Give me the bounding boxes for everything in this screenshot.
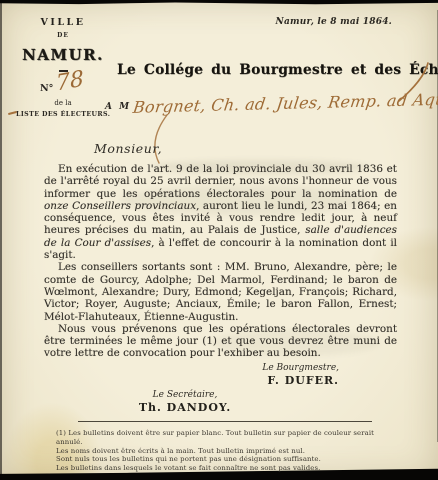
de-la-label: de la [16,99,110,107]
footnote-line: Les bulletins dans lesquels le votant se… [56,464,396,473]
masthead: VILLE DE NAMUR. N° 78 de la LISTE DES ÉL… [16,17,110,118]
footnote-line: Les noms doivent être écrits à la main. … [56,447,396,456]
addressee-prefix: A M [105,102,131,112]
city-label-de: DE [16,32,110,39]
secretaire-title: Le Secrétaire, [130,390,240,400]
dateline: Namur, le 8 mai 1864. [276,17,392,27]
letterhead-title: Le Collége du Bourgmestre et des Échevin… [117,62,409,78]
secretaire-signature-block: Le Secrétaire, Th. DANDOY. [130,390,240,414]
bourgmestre-title: Le Bourgmestre, [44,363,339,373]
footnote-separator-rule [78,421,372,422]
elector-number-row: N° 78 [16,75,110,97]
scan-edge-top [0,0,438,6]
paragraph: Les conseillers sortants sont : MM. Brun… [44,261,397,322]
footnotes: (1) Les bulletins doivent être sur papie… [56,429,396,473]
paragraph: En exécution de l'art. 9 de la loi provi… [44,163,397,261]
electors-list-text: LISTE DES ÉLECTEURS. [16,111,110,118]
number-label: N° [40,83,53,94]
salutation: Monsieur, [94,141,162,156]
footnote-line: (1) Les bulletins doivent être sur papie… [56,429,396,447]
city-label: VILLE [16,17,110,28]
secretaire-name: Th. DANDOY. [130,401,240,414]
handwriting-descender [145,113,175,165]
scan-edge-left [0,0,2,480]
scanned-letter-page: VILLE DE NAMUR. N° 78 de la LISTE DES ÉL… [0,0,438,480]
footnote-line: Sont nuls tous les bulletins qui ne port… [56,455,396,464]
city-name: NAMUR. [16,46,110,64]
bourgmestre-signature-block: Le Bourgmestre, F. DUFER. [44,363,397,387]
bourgmestre-name: F. DUFER. [44,374,339,387]
handwritten-addressee: Borgnet, Ch. ad. Jules, Remp. ad Aquam, … [132,88,438,117]
handwritten-elector-number: 78 [55,66,84,96]
body-paragraphs: En exécution de l'art. 9 de la loi provi… [44,163,397,360]
electors-list-label: LISTE DES ÉLECTEURS. [16,111,110,118]
paragraph: Nous vous prévenons que les opérations é… [44,323,397,360]
letter-body: En exécution de l'art. 9 de la loi provi… [44,163,397,473]
addressee-line: A M Borgnet, Ch. ad. Jules, Remp. ad Aqu… [105,95,435,125]
